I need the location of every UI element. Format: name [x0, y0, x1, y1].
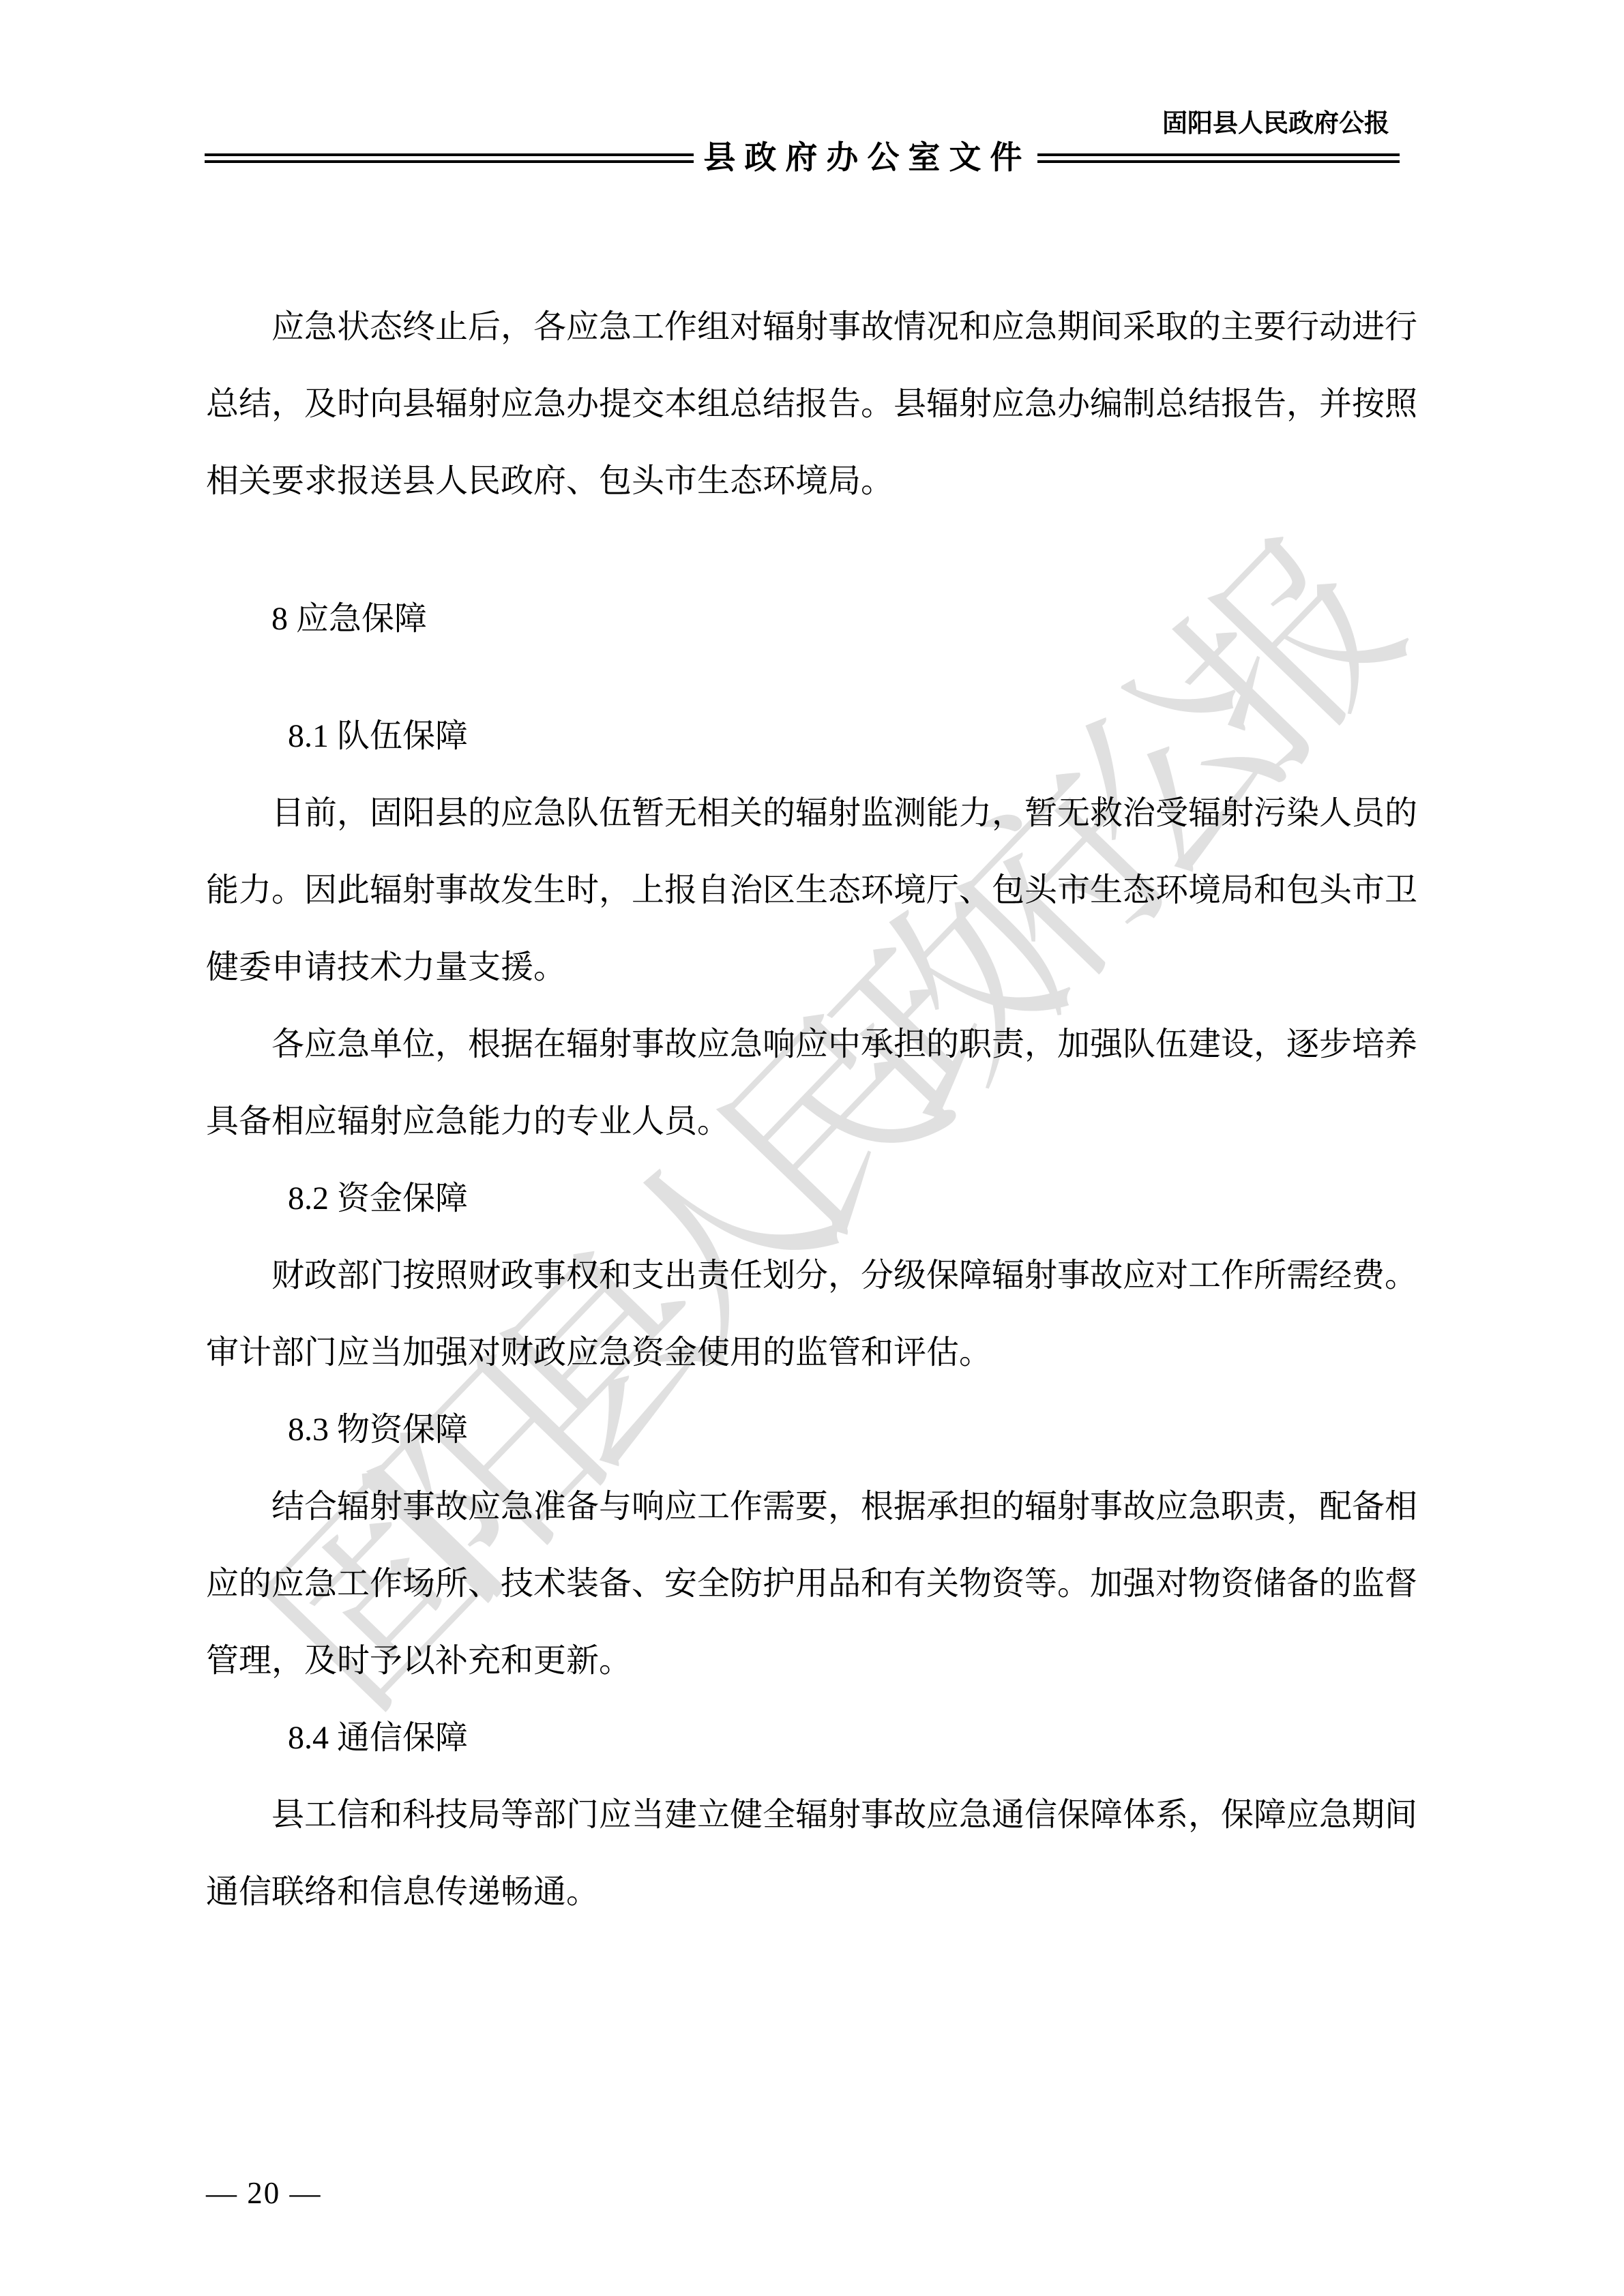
gazette-page: 固阳县人民政府公报 固阳县人民政府公报 县政府办公室文件 应急状态终止后，各应急… [0, 0, 1624, 2296]
header-band-title: 县政府办公室文件 [703, 140, 1031, 177]
paragraph-funding: 财政部门按照财政事权和支出责任划分，分级保障辐射事故应对工作所需经费。审计部门应… [206, 1237, 1417, 1391]
paragraph-team-building: 各应急单位，根据在辐射事故应急响应中承担的职责，加强队伍建设，逐步培养具备相应辐… [206, 1006, 1417, 1160]
heading-8-4-communication-support: 8.4 通信保障 [206, 1699, 1417, 1776]
page-number: — 20 — [206, 2175, 322, 2211]
heading-8-3-material-support: 8.3 物资保障 [206, 1391, 1417, 1468]
paragraph-materials: 结合辐射事故应急准备与响应工作需要，根据承担的辐射事故应急职责，配备相应的应急工… [206, 1468, 1417, 1699]
header-rule-left [205, 153, 694, 163]
paragraph-summary-report: 应急状态终止后，各应急工作组对辐射事故情况和应急期间采取的主要行动进行总结，及时… [206, 288, 1417, 520]
heading-8-2-funding-support: 8.2 资金保障 [206, 1160, 1417, 1237]
paragraph-communication: 县工信和科技局等部门应当建立健全辐射事故应急通信保障体系，保障应急期间通信联络和… [206, 1776, 1417, 1930]
heading-8-emergency-support: 8 应急保障 [206, 580, 1417, 657]
document-body: 应急状态终止后，各应急工作组对辐射事故情况和应急期间采取的主要行动进行总结，及时… [206, 288, 1417, 1930]
heading-8-1-team-support: 8.1 队伍保障 [206, 698, 1417, 775]
gazette-header-title: 固阳县人民政府公报 [1162, 102, 1389, 139]
paragraph-team-capability: 目前，固阳县的应急队伍暂无相关的辐射监测能力，暂无救治受辐射污染人员的能力。因此… [206, 775, 1417, 1006]
header-band: 县政府办公室文件 [205, 140, 1400, 177]
header-rule-right [1037, 153, 1400, 163]
